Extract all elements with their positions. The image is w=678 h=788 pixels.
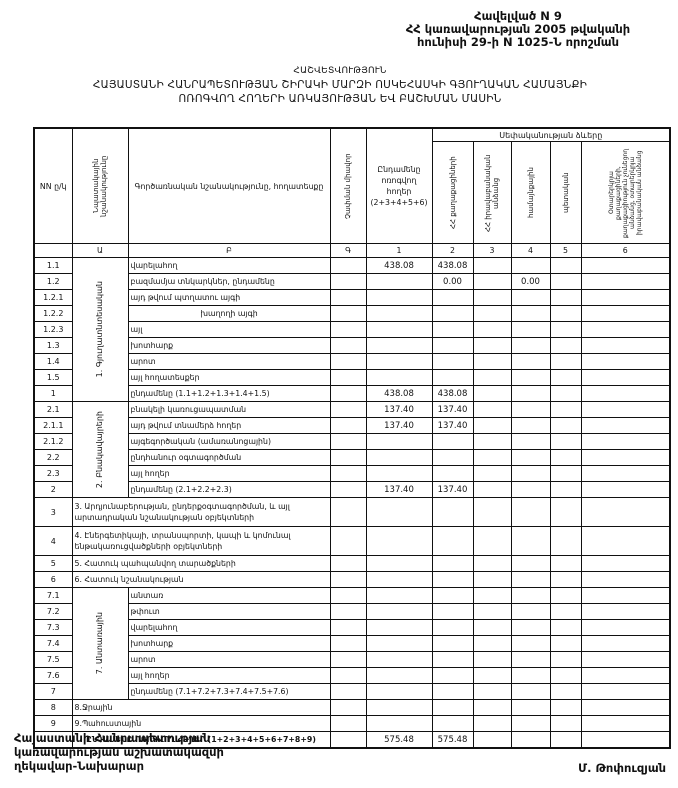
ownership-cell-c6 [581, 274, 670, 290]
ownership-cell-c3 [473, 604, 511, 620]
row-number: 1.2 [34, 274, 72, 290]
table-row: 66. Հատուկ նշանակության [34, 572, 670, 588]
usage-name: այդ թվում տնամերձ հողեր [128, 418, 330, 434]
total-cell: 438.08 [366, 386, 432, 402]
usage-name: 5. Հատուկ պահպանվող տարածքների [72, 556, 330, 572]
unit-cell [330, 274, 366, 290]
ownership-cell-c4 [511, 572, 550, 588]
annex-decree-date: հունիսի 29-ի N 1025-Ն որոշման [388, 36, 648, 49]
ownership-cell-c6 [581, 668, 670, 684]
ownership-cell-c3 [473, 274, 511, 290]
ownership-cell-c6 [581, 322, 670, 338]
unit-cell [330, 732, 366, 749]
row-number: 2.1.1 [34, 418, 72, 434]
land-category-group: 7. Անտառային [72, 588, 128, 700]
ownership-cell-c6 [581, 258, 670, 274]
ownership-cell-c4 [511, 290, 550, 306]
unit-cell [330, 700, 366, 716]
header-ownership-group: Սեփականության ձևերը [432, 128, 670, 142]
ownership-cell-c4: 0.00 [511, 274, 550, 290]
ownership-cell-c6 [581, 652, 670, 668]
total-cell: 137.40 [366, 482, 432, 498]
ownership-cell-c2 [432, 527, 473, 556]
ownership-cell-c4 [511, 418, 550, 434]
ownership-cell-c2: 438.08 [432, 258, 473, 274]
total-cell [366, 354, 432, 370]
ownership-cell-c3 [473, 450, 511, 466]
ownership-cell-c5 [550, 684, 581, 700]
ownership-cell-c4 [511, 450, 550, 466]
total-cell: 137.40 [366, 418, 432, 434]
unit-cell [330, 258, 366, 274]
ownership-cell-c4 [511, 684, 550, 700]
ownership-cell-c2 [432, 652, 473, 668]
total-cell [366, 466, 432, 482]
header-unit: Չափման միավոր [330, 128, 366, 244]
ownership-cell-c4 [511, 604, 550, 620]
table-row: 1.2բազմամյա տնկարկներ, ընդամենը0.000.00 [34, 274, 670, 290]
ownership-cell-c4 [511, 588, 550, 604]
table-row: 2.1.2այգեգործական (ամառանոցային) [34, 434, 670, 450]
ownership-cell-c6 [581, 482, 670, 498]
ownership-cell-c4 [511, 354, 550, 370]
total-cell [366, 527, 432, 556]
usage-name: այգեգործական (ամառանոցային) [128, 434, 330, 450]
unit-cell [330, 386, 366, 402]
usage-name: այլ հողատեսքեր [128, 370, 330, 386]
ownership-cell-c6 [581, 716, 670, 732]
ownership-cell-c6 [581, 498, 670, 527]
ownership-cell-c2 [432, 322, 473, 338]
row-number: 2 [34, 482, 72, 498]
unit-cell [330, 402, 366, 418]
ownership-cell-c3 [473, 402, 511, 418]
ownership-cell-c2: 575.48 [432, 732, 473, 749]
unit-cell [330, 498, 366, 527]
document-title: ՀԱՇՎԵՏՎՈՒԹՅՈՒՆ ՀԱՅԱՍՏԱՆԻ ՀԱՆՐԱՊԵՏՈՒԹՅԱՆ … [80, 64, 600, 106]
table-row: 1.2.3այլ [34, 322, 670, 338]
irrigated-land-table: NN ը/կ Նպատակային նշանակությունը Գործառն… [33, 127, 671, 749]
row-number: 1.2.1 [34, 290, 72, 306]
unit-cell [330, 450, 366, 466]
ownership-cell-c2 [432, 498, 473, 527]
ownership-cell-c5 [550, 258, 581, 274]
ownership-cell-c3 [473, 527, 511, 556]
row-number: 7.2 [34, 604, 72, 620]
row-number: 1.5 [34, 370, 72, 386]
usage-name: բնակելի կառուցապատման [128, 402, 330, 418]
ownership-cell-c3 [473, 482, 511, 498]
ownership-cell-c5 [550, 636, 581, 652]
ownership-cell-c3 [473, 652, 511, 668]
row-number: 1.4 [34, 354, 72, 370]
usage-name: 4. Էներգետիկայի, տրանսպորտի, կապի և կոմո… [72, 527, 330, 556]
table-row: 1ընդամենը (1.1+1.2+1.3+1.4+1.5)438.08438… [34, 386, 670, 402]
ownership-cell-c4 [511, 434, 550, 450]
ownership-cell-c2 [432, 556, 473, 572]
ownership-cell-c5 [550, 716, 581, 732]
row-number: 1 [34, 386, 72, 402]
ownership-cell-c3 [473, 684, 511, 700]
ownership-cell-c4 [511, 527, 550, 556]
table-row: 44. Էներգետիկայի, տրանսպորտի, կապի և կոմ… [34, 527, 670, 556]
ownership-cell-c4 [511, 402, 550, 418]
header-land-category: Նպատակային նշանակությունը [72, 128, 128, 244]
ownership-cell-c5 [550, 700, 581, 716]
unit-cell [330, 482, 366, 498]
ownership-cell-c3 [473, 668, 511, 684]
table-row: 7ընդամենը (7.1+7.2+7.3+7.4+7.5+7.6) [34, 684, 670, 700]
total-cell [366, 306, 432, 322]
signatory-title: Հայաստանի Հանրապետության կառավարության ա… [14, 731, 224, 773]
header-community: համայնքային [511, 142, 550, 244]
ownership-cell-c3 [473, 466, 511, 482]
ownership-cell-c6 [581, 354, 670, 370]
ownership-cell-c2 [432, 354, 473, 370]
ownership-cell-c2: 137.40 [432, 482, 473, 498]
ownership-cell-c2 [432, 370, 473, 386]
usage-name: խաղողի այգի [128, 306, 330, 322]
ownership-cell-c3 [473, 620, 511, 636]
row-number: 1.2.2 [34, 306, 72, 322]
ownership-cell-c3 [473, 322, 511, 338]
unit-cell [330, 354, 366, 370]
unit-cell [330, 716, 366, 732]
header-nn: NN ը/կ [34, 128, 72, 244]
unit-cell [330, 434, 366, 450]
ownership-cell-c3 [473, 556, 511, 572]
ownership-cell-c3 [473, 338, 511, 354]
unit-cell [330, 418, 366, 434]
unit-cell [330, 466, 366, 482]
table-row: 1.2.2խաղողի այգի [34, 306, 670, 322]
ownership-cell-c5 [550, 668, 581, 684]
ownership-cell-c4 [511, 668, 550, 684]
unit-cell [330, 290, 366, 306]
ownership-cell-c3 [473, 370, 511, 386]
row-number: 2.1 [34, 402, 72, 418]
header-state: պետական [550, 142, 581, 244]
table-row: 2.12. Բնակավայրերիբնակելի կառուցապատման1… [34, 402, 670, 418]
unit-cell [330, 322, 366, 338]
row-number: 4 [34, 527, 72, 556]
header-usage-type: Գործառնական նշանակությունը, հողատեսքը [128, 128, 330, 244]
usage-name: այդ թվում պտղատու այգի [128, 290, 330, 306]
ownership-cell-c4 [511, 370, 550, 386]
ownership-cell-c6 [581, 556, 670, 572]
ownership-cell-c5 [550, 290, 581, 306]
table-row: 2.2ընդհանուր օգտագործման [34, 450, 670, 466]
ownership-cell-c6 [581, 527, 670, 556]
ownership-cell-c3 [473, 700, 511, 716]
unit-cell [330, 588, 366, 604]
ownership-cell-c6 [581, 604, 670, 620]
row-number: 2.2 [34, 450, 72, 466]
total-cell [366, 572, 432, 588]
ownership-cell-c4 [511, 322, 550, 338]
table-row: 7.2թփուտ [34, 604, 670, 620]
ownership-cell-c2 [432, 684, 473, 700]
total-cell [366, 274, 432, 290]
usage-name: ընդամենը (7.1+7.2+7.3+7.4+7.5+7.6) [128, 684, 330, 700]
total-cell: 438.08 [366, 258, 432, 274]
unit-cell [330, 636, 366, 652]
total-cell [366, 290, 432, 306]
table-row: 1.5այլ հողատեսքեր [34, 370, 670, 386]
ownership-cell-c5 [550, 338, 581, 354]
title-report: ՀԱՇՎԵՏՎՈՒԹՅՈՒՆ [80, 64, 600, 78]
usage-name: 8.Ջրային [72, 700, 330, 716]
ownership-cell-c2 [432, 338, 473, 354]
land-category-group: 2. Բնակավայրերի [72, 402, 128, 498]
ownership-cell-c5 [550, 402, 581, 418]
ownership-cell-c2 [432, 450, 473, 466]
header-foreign: Օտարերկրյա քաղաքացիների, քաղաքացիություն… [581, 142, 670, 244]
ownership-cell-c3 [473, 732, 511, 749]
total-cell [366, 322, 432, 338]
usage-name: այլ հողեր [128, 466, 330, 482]
ownership-cell-c6 [581, 572, 670, 588]
row-number: 9 [34, 716, 72, 732]
row-number: 7 [34, 684, 72, 700]
ownership-cell-c6 [581, 636, 670, 652]
ownership-cell-c5 [550, 466, 581, 482]
ownership-cell-c3 [473, 434, 511, 450]
total-cell [366, 498, 432, 527]
ownership-cell-c2: 438.08 [432, 386, 473, 402]
ownership-cell-c2 [432, 620, 473, 636]
ownership-cell-c4 [511, 482, 550, 498]
row-number: 7.6 [34, 668, 72, 684]
usage-name: ընդամենը (1.1+1.2+1.3+1.4+1.5) [128, 386, 330, 402]
ownership-cell-c2 [432, 668, 473, 684]
usage-name: 3. Արդյունաբերության, ընդերքօգտագործման,… [72, 498, 330, 527]
ownership-cell-c4 [511, 466, 550, 482]
ownership-cell-c3 [473, 588, 511, 604]
table-row: 2.1.1այդ թվում տնամերձ հողեր137.40137.40 [34, 418, 670, 434]
unit-cell [330, 668, 366, 684]
ownership-cell-c2 [432, 290, 473, 306]
ownership-cell-c5 [550, 418, 581, 434]
row-number: 7.4 [34, 636, 72, 652]
ownership-cell-c4 [511, 636, 550, 652]
total-cell [366, 370, 432, 386]
total-cell [366, 450, 432, 466]
row-number: 8 [34, 700, 72, 716]
ownership-cell-c2: 137.40 [432, 402, 473, 418]
ownership-cell-c5 [550, 450, 581, 466]
ownership-cell-c2: 0.00 [432, 274, 473, 290]
usage-name: վարելահող [128, 620, 330, 636]
ownership-cell-c4 [511, 700, 550, 716]
row-number: 7.5 [34, 652, 72, 668]
ownership-cell-c3 [473, 418, 511, 434]
row-number: 3 [34, 498, 72, 527]
ownership-cell-c6 [581, 290, 670, 306]
table-row: 7.6այլ հողեր [34, 668, 670, 684]
total-cell [366, 716, 432, 732]
ownership-cell-c5 [550, 498, 581, 527]
unit-cell [330, 620, 366, 636]
ownership-cell-c4 [511, 620, 550, 636]
ownership-cell-c6 [581, 402, 670, 418]
total-cell: 137.40 [366, 402, 432, 418]
ownership-cell-c3 [473, 498, 511, 527]
ownership-cell-c6 [581, 450, 670, 466]
usage-name: արոտ [128, 354, 330, 370]
ownership-cell-c3 [473, 716, 511, 732]
ownership-cell-c2 [432, 604, 473, 620]
usage-name: 6. Հատուկ նշանակության [72, 572, 330, 588]
ownership-cell-c6 [581, 306, 670, 322]
ownership-cell-c5 [550, 732, 581, 749]
ownership-cell-c6 [581, 434, 670, 450]
table-row: 1.3խոտհարք [34, 338, 670, 354]
land-category-group: 1. Գյուղատնտեսական [72, 258, 128, 402]
ownership-cell-c5 [550, 572, 581, 588]
ownership-cell-c3 [473, 354, 511, 370]
total-cell [366, 636, 432, 652]
row-number: 7.1 [34, 588, 72, 604]
row-number: 5 [34, 556, 72, 572]
table-row: 1.11. Գյուղատնտեսականվարելահող438.08438.… [34, 258, 670, 274]
ownership-cell-c6 [581, 466, 670, 482]
ownership-cell-c6 [581, 700, 670, 716]
header-total: Ընդամենը ոռոգվող հողեր (2+3+4+5+6) [366, 128, 432, 244]
ownership-cell-c6 [581, 732, 670, 749]
unit-cell [330, 572, 366, 588]
ownership-cell-c2 [432, 434, 473, 450]
ownership-cell-c5 [550, 434, 581, 450]
usage-name: խոտհարք [128, 636, 330, 652]
usage-name: ընդամենը (2.1+2.2+2.3) [128, 482, 330, 498]
row-number: 7.3 [34, 620, 72, 636]
ownership-cell-c2 [432, 636, 473, 652]
ownership-cell-c2 [432, 306, 473, 322]
ownership-cell-c5 [550, 306, 581, 322]
usage-name: բազմամյա տնկարկներ, ընդամենը [128, 274, 330, 290]
usage-name: այլ հողեր [128, 668, 330, 684]
ownership-cell-c3 [473, 572, 511, 588]
table-row: 2.3այլ հողեր [34, 466, 670, 482]
unit-cell [330, 652, 366, 668]
ownership-cell-c4 [511, 386, 550, 402]
ownership-cell-c6 [581, 370, 670, 386]
total-cell [366, 668, 432, 684]
ownership-cell-c5 [550, 482, 581, 498]
ownership-cell-c2 [432, 716, 473, 732]
ownership-cell-c5 [550, 370, 581, 386]
ownership-cell-c6 [581, 684, 670, 700]
table-row: 55. Հատուկ պահպանվող տարածքների [34, 556, 670, 572]
total-cell [366, 338, 432, 354]
ownership-cell-c3 [473, 636, 511, 652]
ownership-cell-c2 [432, 466, 473, 482]
ownership-cell-c5 [550, 556, 581, 572]
title-subject: ՈՌՈԳՎՈՂ ՀՈՂԵՐԻ ԱՌԿԱՅՈՒԹՅԱՆ ԵՎ ԲԱՇԽՄԱՆ ՄԱ… [80, 92, 600, 106]
total-cell [366, 684, 432, 700]
table-row: 7.17. Անտառայինանտառ [34, 588, 670, 604]
ownership-cell-c4 [511, 258, 550, 274]
ownership-cell-c3 [473, 290, 511, 306]
total-cell: 575.48 [366, 732, 432, 749]
usage-name: այլ [128, 322, 330, 338]
ownership-cell-c4 [511, 306, 550, 322]
usage-name: 9.Պահուստային [72, 716, 330, 732]
signatory-name: Մ. Թոփուզյան [578, 761, 666, 775]
ownership-cell-c4 [511, 338, 550, 354]
title-community: ՀԱՅԱՍՏԱՆԻ ՀԱՆՐԱՊԵՏՈՒԹՅԱՆ ՇԻՐԱԿԻ ՄԱՐԶԻ ՈՍ… [80, 78, 600, 92]
row-number: 6 [34, 572, 72, 588]
table-row: 99.Պահուստային [34, 716, 670, 732]
annex-reference: Հավելված N 9 ՀՀ կառավարության 2005 թվակա… [388, 10, 648, 49]
table-row: 88.Ջրային [34, 700, 670, 716]
ownership-cell-c5 [550, 527, 581, 556]
row-number: 2.3 [34, 466, 72, 482]
column-index-row: Ա Բ Գ 1 2 3 4 5 6 [34, 244, 670, 258]
ownership-cell-c2 [432, 572, 473, 588]
unit-cell [330, 604, 366, 620]
ownership-cell-c3 [473, 306, 511, 322]
total-cell [366, 620, 432, 636]
total-cell [366, 434, 432, 450]
usage-name: թփուտ [128, 604, 330, 620]
ownership-cell-c4 [511, 556, 550, 572]
usage-name: վարելահող [128, 258, 330, 274]
usage-name: արոտ [128, 652, 330, 668]
table-row: 1.2.1այդ թվում պտղատու այգի [34, 290, 670, 306]
ownership-cell-c5 [550, 274, 581, 290]
ownership-cell-c6 [581, 418, 670, 434]
ownership-cell-c2 [432, 588, 473, 604]
total-cell [366, 604, 432, 620]
row-number: 1.3 [34, 338, 72, 354]
ownership-cell-c5 [550, 588, 581, 604]
table-row: 7.3վարելահող [34, 620, 670, 636]
table-row: 2ընդամենը (2.1+2.2+2.3)137.40137.40 [34, 482, 670, 498]
row-number: 1.2.3 [34, 322, 72, 338]
ownership-cell-c5 [550, 604, 581, 620]
unit-cell [330, 556, 366, 572]
unit-cell [330, 306, 366, 322]
ownership-cell-c4 [511, 732, 550, 749]
ownership-cell-c6 [581, 386, 670, 402]
table-row: 7.4խոտհարք [34, 636, 670, 652]
ownership-cell-c5 [550, 652, 581, 668]
usage-name: խոտհարք [128, 338, 330, 354]
ownership-cell-c6 [581, 338, 670, 354]
table-row: 1.4արոտ [34, 354, 670, 370]
total-cell [366, 556, 432, 572]
total-cell [366, 588, 432, 604]
ownership-cell-c5 [550, 322, 581, 338]
header-legal-entities: ՀՀ իրավաբանական անձանց [473, 142, 511, 244]
ownership-cell-c6 [581, 588, 670, 604]
usage-name: ընդհանուր օգտագործման [128, 450, 330, 466]
total-cell [366, 700, 432, 716]
total-cell [366, 652, 432, 668]
unit-cell [330, 684, 366, 700]
ownership-cell-c5 [550, 354, 581, 370]
row-number: 1.1 [34, 258, 72, 274]
table-row: 7.5արոտ [34, 652, 670, 668]
unit-cell [330, 370, 366, 386]
header-citizens: ՀՀ քաղաքացիների [432, 142, 473, 244]
unit-cell [330, 527, 366, 556]
ownership-cell-c4 [511, 652, 550, 668]
ownership-cell-c6 [581, 620, 670, 636]
usage-name: անտառ [128, 588, 330, 604]
